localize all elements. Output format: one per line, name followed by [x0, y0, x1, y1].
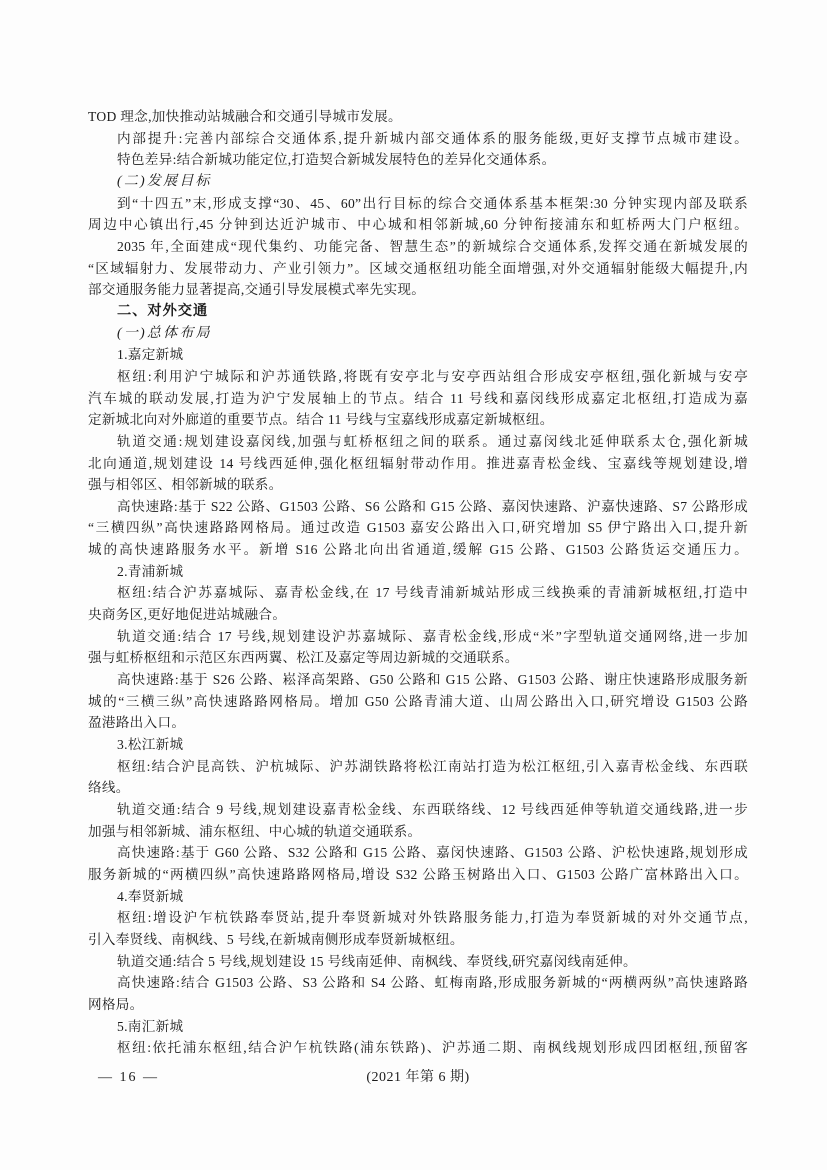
- body-line: 轨道交通:结合 17 号线,规划建设沪苏嘉城际、嘉青松金线,形成“米”字型轨道交…: [88, 626, 748, 648]
- body-line: 盈港路出入口。: [88, 712, 748, 734]
- body-line: TOD 理念,加快推动站城融合和交通引导城市发展。: [88, 106, 748, 128]
- body-line: 内部提升:完善内部综合交通体系,提升新城内部交通体系的服务能级,更好支撑节点城市…: [88, 128, 748, 150]
- page-footer: — 16 — (2021 年第 6 期): [88, 1067, 748, 1089]
- body-line: 央商务区,更好地促进站城融合。: [88, 604, 748, 626]
- body-line: 强与相邻区、相邻新城的联系。: [88, 474, 748, 496]
- body-line: 轨道交通:结合 5 号线,规划建设 15 号线南延伸、南枫线、奉贤线,研究嘉闵线…: [88, 951, 748, 973]
- document-body: TOD 理念,加快推动站城融合和交通引导城市发展。内部提升:完善内部综合交通体系…: [88, 106, 748, 1059]
- body-line: 枢纽:结合沪昆高铁、沪杭城际、沪苏湖铁路将松江南站打造为松江枢纽,引入嘉青松金线…: [88, 756, 748, 778]
- body-line: “三横四纵”高快速路路网格局。通过改造 G1503 嘉安公路出入口,研究增加 S…: [88, 517, 748, 539]
- body-line: 部交通服务能力显著提高,交通引导发展模式率先实现。: [88, 279, 748, 301]
- subsection-heading: 2.青浦新城: [88, 561, 748, 583]
- body-line: 网格局。: [88, 994, 748, 1016]
- body-line: “区域辐射力、发展带动力、产业引领力”。区域交通枢纽功能全面增强,对外交通辐射能…: [88, 258, 748, 280]
- body-line: 引入奉贤线、南枫线、5 号线,在新城南侧形成奉贤新城枢纽。: [88, 929, 748, 951]
- section-heading: (一)总体布局: [88, 323, 748, 345]
- body-line: 特色差异:结合新城功能定位,打造契合新城发展特色的差异化交通体系。: [88, 149, 748, 171]
- body-line: 2035 年,全面建成“现代集约、功能完备、智慧生态”的新城综合交通体系,发挥交…: [88, 236, 748, 258]
- body-line: 城的高快速路服务水平。新增 S16 公路北向出省通道,缓解 G15 公路、G15…: [88, 539, 748, 561]
- body-line: 加强与相邻新城、浦东枢纽、中心城的轨道交通联系。: [88, 821, 748, 843]
- issue-label: (2021 年第 6 期): [88, 1067, 748, 1089]
- body-line: 汽车城的联动发展,打造为沪宁发展轴上的节点。结合 11 号线和嘉闵线形成嘉定北枢…: [88, 388, 748, 410]
- body-line: 周边中心镇出行,45 分钟到达近沪城市、中心城和相邻新城,60 分钟衔接浦东和虹…: [88, 214, 748, 236]
- body-line: 高快速路:结合 G1503 公路、S3 公路和 S4 公路、虹梅南路,形成服务新…: [88, 972, 748, 994]
- body-line: 强与虹桥枢纽和示范区东西两翼、松江及嘉定等周边新城的交通联系。: [88, 647, 748, 669]
- body-line: 轨道交通:结合 9 号线,规划建设嘉青松金线、东西联络线、12 号线西延伸等轨道…: [88, 799, 748, 821]
- subsection-heading: 3.松江新城: [88, 734, 748, 756]
- body-line: 北向通道,规划建设 14 号线西延伸,强化枢纽辐射带动作用。推进嘉青松金线、宝嘉…: [88, 453, 748, 475]
- body-line: 城的“三横三纵”高快速路路网格局。增加 G50 公路青浦大道、山周公路出入口,研…: [88, 691, 748, 713]
- body-line: 高快速路:基于 S22 公路、G1503 公路、S6 公路和 G15 公路、嘉闵…: [88, 496, 748, 518]
- body-line: 络线。: [88, 777, 748, 799]
- body-line: 枢纽:增设沪乍杭铁路奉贤站,提升奉贤新城对外铁路服务能力,打造为奉贤新城的对外交…: [88, 907, 748, 929]
- body-line: 枢纽:结合沪苏嘉城际、嘉青松金线,在 17 号线青浦新城站形成三线换乘的青浦新城…: [88, 582, 748, 604]
- subsection-heading: 4.奉贤新城: [88, 886, 748, 908]
- subsection-heading: 5.南汇新城: [88, 1016, 748, 1038]
- section-heading: (二)发展目标: [88, 171, 748, 193]
- body-line: 轨道交通:规划建设嘉闵线,加强与虹桥枢纽之间的联系。通过嘉闵线北延伸联系太仓,强…: [88, 431, 748, 453]
- chapter-heading: 二、对外交通: [88, 301, 748, 323]
- subsection-heading: 1.嘉定新城: [88, 344, 748, 366]
- body-line: 枢纽:利用沪宁城际和沪苏通铁路,将既有安亭北与安亭西站组合形成安亭枢纽,强化新城…: [88, 366, 748, 388]
- document-page: TOD 理念,加快推动站城融合和交通引导城市发展。内部提升:完善内部综合交通体系…: [0, 0, 827, 1170]
- body-line: 枢纽:依托浦东枢纽,结合沪乍杭铁路(浦东铁路)、沪苏通二期、南枫线规划形成四团枢…: [88, 1037, 748, 1059]
- body-line: 高快速路:基于 G60 公路、S32 公路和 G15 公路、嘉闵快速路、G150…: [88, 842, 748, 864]
- body-line: 服务新城的“两横四纵”高快速路路网格局,增设 S32 公路玉树路出入口、G150…: [88, 864, 748, 886]
- body-line: 到“十四五”末,形成支撑“30、45、60”出行目标的综合交通体系基本框架:30…: [88, 193, 748, 215]
- body-line: 高快速路:基于 S26 公路、崧泽高架路、G50 公路和 G15 公路、G150…: [88, 669, 748, 691]
- body-line: 定新城北向对外廊道的重要节点。结合 11 号线与宝嘉线形成嘉定新城枢纽。: [88, 409, 748, 431]
